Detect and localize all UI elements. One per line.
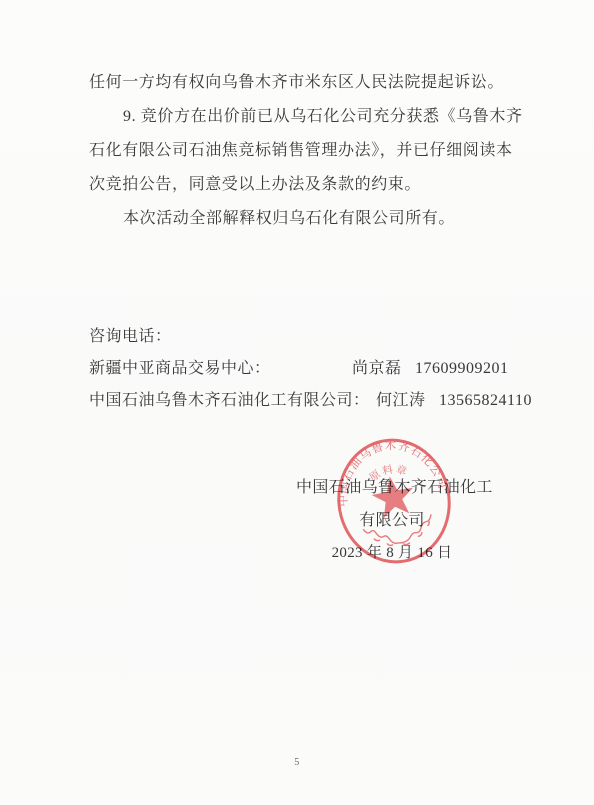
contact-person: 尚京磊 bbox=[352, 360, 402, 377]
contact-person: 何江涛 bbox=[376, 392, 426, 409]
body-line: 石化有限公司石油焦竞标销售管理办法》，并已仔细阅读本 bbox=[89, 134, 519, 168]
contact-label: 新疆中亚商品交易中心： bbox=[89, 360, 271, 377]
document-page: 任何一方均有权向乌鲁木齐市米东区人民法院提起诉讼。 9. 竞价方在出价前已从乌石… bbox=[0, 0, 594, 805]
contact-heading: 咨询电话： bbox=[89, 321, 519, 353]
uyghur-script-arc bbox=[363, 515, 435, 552]
contact-phone: 17609909201 bbox=[415, 360, 509, 377]
body-paragraphs: 任何一方均有权向乌鲁木齐市米东区人民法院提起诉讼。 9. 竞价方在出价前已从乌石… bbox=[89, 66, 519, 236]
contact-row: 新疆中亚商品交易中心： 尚京磊 17609909201 bbox=[89, 353, 519, 385]
company-seal-stamp: 中国石油乌鲁木齐石化公司 原料章 bbox=[334, 436, 454, 566]
contact-phone: 13565824110 bbox=[439, 392, 532, 409]
body-line: 本次活动全部解释权归乌石化有限公司所有。 bbox=[89, 202, 519, 236]
body-line: 9. 竞价方在出价前已从乌石化公司充分获悉《乌鲁木齐 bbox=[89, 100, 519, 134]
contact-row: 中国石油乌鲁木齐石油化工有限公司： 何江涛 13565824110 bbox=[89, 385, 519, 417]
contact-person-phone: 尚京磊 17609909201 bbox=[352, 353, 509, 385]
body-line: 次竞拍公告，同意受以上办法及条款的约束。 bbox=[89, 168, 519, 202]
contact-label: 中国石油乌鲁木齐石油化工有限公司： bbox=[89, 392, 370, 409]
contact-section: 咨询电话： 新疆中亚商品交易中心： 尚京磊 17609909201 中国石油乌鲁… bbox=[89, 321, 519, 417]
page-number: 5 bbox=[0, 757, 594, 768]
body-line: 任何一方均有权向乌鲁木齐市米东区人民法院提起诉讼。 bbox=[89, 66, 519, 100]
